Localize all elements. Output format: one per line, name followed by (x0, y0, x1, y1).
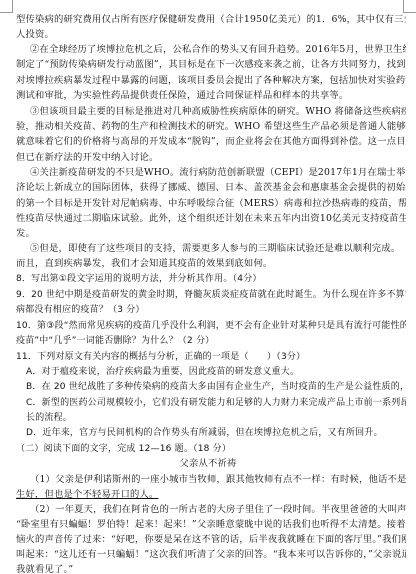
option-a: A．对于瘟疫来说，治疗疾病最为重要，因此疫苗的研发意义重大。 (26, 366, 406, 378)
passage-line: 性疫苗尽快通过二期临床试验。此外，这个组织还计划在未来五年内出资10亿美元支持疫… (16, 213, 406, 225)
story-line: 恼火的声音传了过来：“好吧，你要是呆在这不管的话，后半夜我就睡在下面的客厅里。”… (16, 534, 406, 546)
passage-line: 型传染病的研究费用仅占所有医疗保健研发费用（合计1950亿美元）的1．6%，其中… (16, 14, 406, 26)
paragraph-4-start: ④关注新疫苗研发的不只是WHO。流行病防范创新联盟（CEPI）是2017年1月在… (30, 167, 406, 179)
passage-line: 人投资。 (16, 29, 406, 41)
passage-line: 济论坛上新成立的国际团体，获得了挪威、德国、日本、盖茨基金会和惠康基金会提供的初… (16, 182, 406, 194)
story-para-1-text: （1）父亲是伊利诺斯州的一座小城市当牧师，跟其他牧师有点不一样：有时候，他话不是… (30, 474, 406, 485)
paragraph-5-start: ⑤但是，即使有了这些项目的支持，需要更多人参与的三期临床试验还是难以顺利完成。 (30, 243, 406, 255)
story-line: 叫起来：“这儿还有一只蝙蝠！”这次我们听清了父亲的回答。“我本来可以告诉你的，”… (16, 549, 406, 561)
passage-line: 就意味着它们的价格将与高昂的开发成本“脱钩”，而企业将会在其他方面得到补偿。这一… (16, 136, 406, 148)
passage-line: 对埃博拉疾病暴发过程中暴露的问题，该项目委员会提出了各种解决方案，包括加快对实验… (16, 75, 406, 87)
passage-line: 制定了“预防传染病研发行动蓝图”，其目标是在下一次感疫来袭之前，让各方共同努力，… (16, 59, 406, 71)
passage-line: 的第一个目标是开发针对尼帕病毒、中东呼吸综合征（MERS）病毒和拉沙热病毒的疫苗… (16, 198, 406, 210)
page-corner-mark-right (403, 0, 416, 13)
passage-line: 而且，直到疾病暴发，我们才会知道其疫苗的效果到底如何。 (16, 258, 406, 270)
option-d: D．近年来，官方与民间机构的合作势头有所减弱，但在埃博拉危机之后，又有所回升。 (26, 427, 406, 439)
section-2-heading: （二）阅读下面的文字，完成 12—16 题。（18 分） (16, 443, 406, 455)
option-c-line2: 长的流程。 (26, 412, 406, 424)
question-11-stem: 11．下列对原文有关内容的概括与分析，正确的一项是（ ）（3分） (16, 351, 406, 363)
question-10-line2: 疫苗”中“几乎”一词能否删除？为什么？（2 分） (16, 335, 406, 347)
question-10-line1: 10．第③段“然而常见疾病的疫苗几乎没什么利润，更不会有企业针对某种只是具有流行… (16, 320, 406, 332)
option-c-line1: C．新型的医药公司规模较小，它们没有研发能力和足够的人力财力来完成产品上市前一系… (26, 397, 406, 409)
question-8: 8．写出第①段文字运用的说明方法，并分析其作用。（4分） (16, 273, 406, 285)
question-9-line1: 9．20 世纪中期是疫苗研发的黄金时期，脊髓灰质炎症疫苗就在此时诞生。为什么现在… (16, 289, 406, 301)
option-b: B．在 20 世纪战胜了多种传染病的疫苗大多由国有企业生产，当时疫苗的生产是公益… (26, 381, 406, 393)
story-line: “卧室里有只蝙蝠！罗伯特！起来！起来！”父亲睡意蒙眬中说的话我们也听得不太清楚。… (16, 519, 406, 531)
question-9-line2: 病都没有相应的疫苗？（3 分） (16, 304, 406, 316)
story-title: 父亲从不祈祷 (0, 458, 416, 470)
passage-line: 测试和审批，为实验性药品提供责任保险，通过合同保证样品和样本的共享等。 (16, 90, 406, 102)
paragraph-3-start: ③但该项目最主要的目标是推进对几种高威胁性疾病原体的研究。WHO 将储备这些疾病… (30, 106, 406, 118)
passage-line: 发。 (16, 228, 406, 240)
paragraph-2-start: ②在全球经历了埃博拉危机之后，公私合作的势头又有回升趋势。2016年5月，世界卫… (30, 44, 406, 56)
underlined-sentence-cont: 生好，但也是个不轻易开口的人。 (16, 489, 406, 501)
passage-line: 验，推动相关疫苗、药物的生产和检测技术的研究。WHO 希望这些生产品必须是普通人… (16, 121, 406, 133)
page-corner-mark-left (0, 0, 13, 13)
story-para-2: （2）一年夏天，我们在阿肯色的一所古老的大房子里住了一段时间。半夜里爸爸的大叫声… (30, 504, 406, 516)
passage-line: 但已在新疗法的开发中纳入讨论。 (16, 152, 406, 164)
story-para-1: （1）父亲是伊利诺斯州的一座小城市当牧师，跟其他牧师有点不一样：有时候，他话不是… (30, 474, 406, 486)
story-line: 我就看见了。” (16, 564, 406, 574)
